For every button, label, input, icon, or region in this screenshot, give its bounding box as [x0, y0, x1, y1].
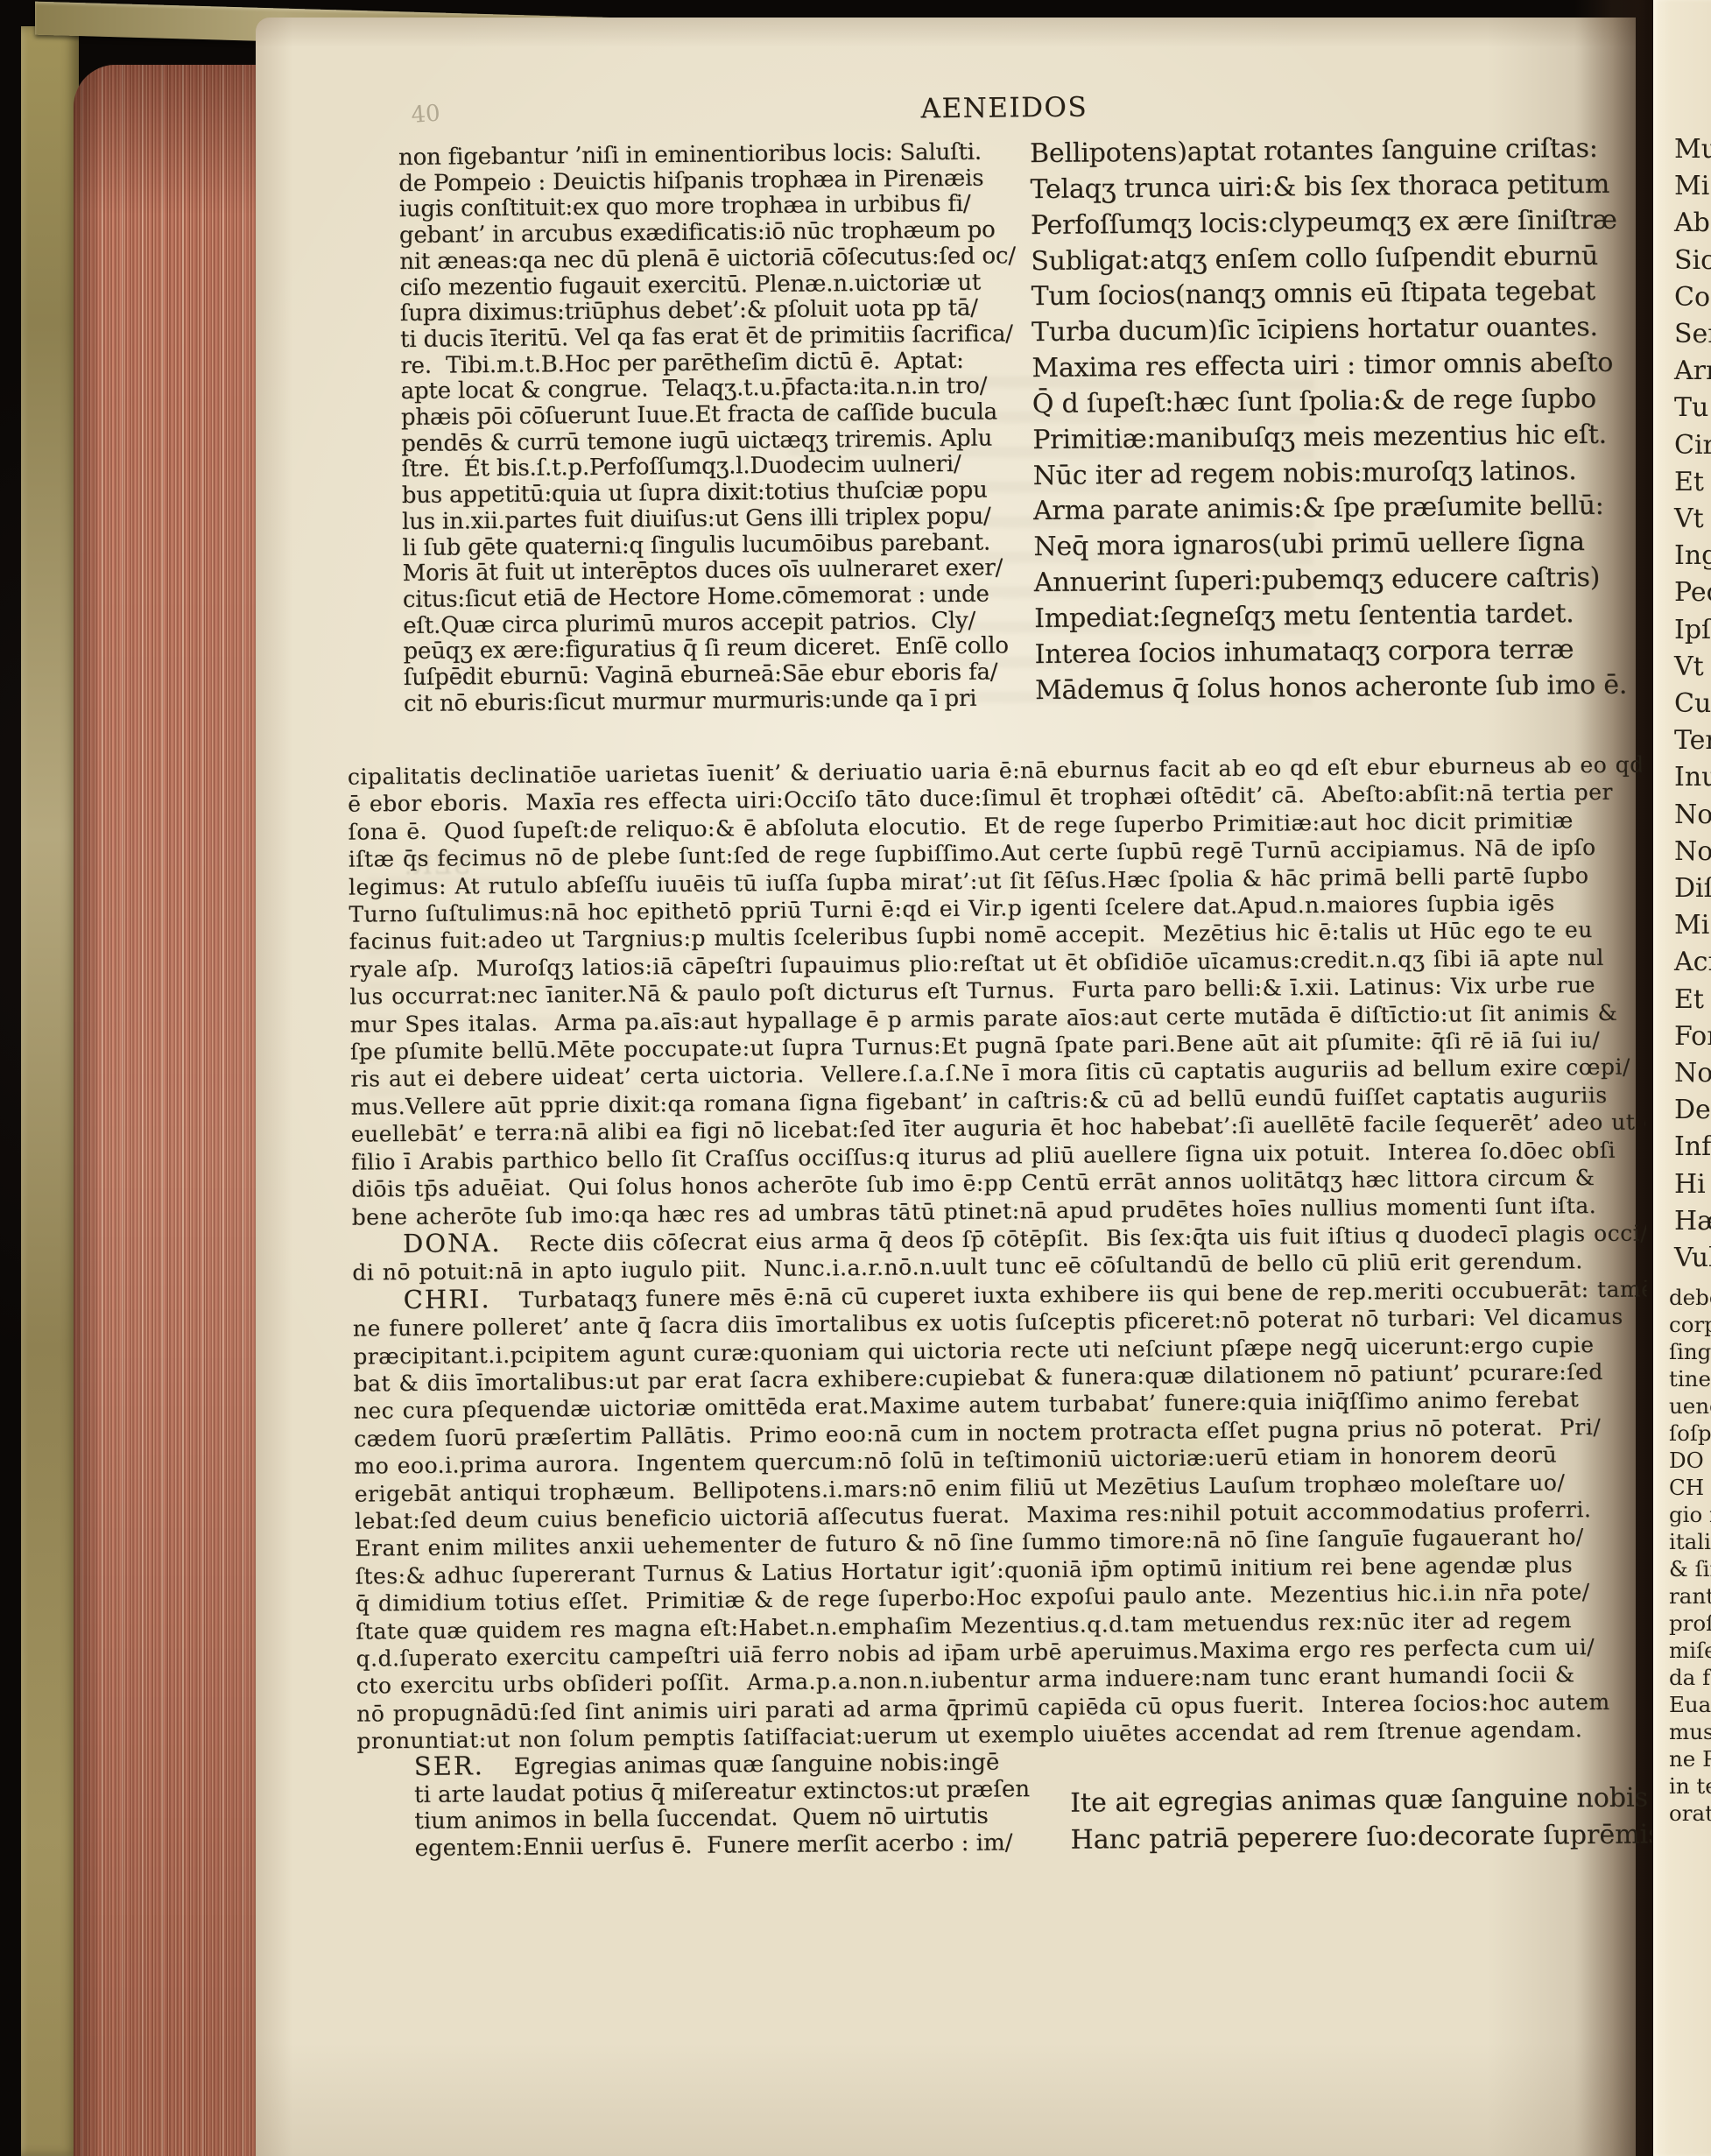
verse-line: Impediat:ſegneſqʒ metu ſententia tardet. — [1034, 596, 1627, 638]
text-fragment: Acr — [1674, 944, 1711, 981]
text-fragment: da fa — [1669, 1664, 1711, 1691]
pencil-folio-number: 40 — [410, 101, 440, 130]
text-fragment: Arr — [1674, 353, 1711, 390]
text-fragment: mus — [1669, 1718, 1711, 1745]
verse-line: Turba ducum)ſic īcipiens hortatur ouante… — [1032, 310, 1624, 351]
line-text: egentem:Ennii uerſus ē. Funere merſit ac… — [414, 1829, 1012, 1862]
text-fragment: No — [1674, 1055, 1711, 1092]
verse-line: Telaqʒ trunca uiri:& bis ſex thoraca pet… — [1030, 166, 1623, 208]
text-fragment: in te — [1669, 1772, 1711, 1800]
text-fragment: ſoſpi — [1669, 1420, 1711, 1447]
verse-column: Bellipotens)aptat rotantes ſanguine criſ… — [1030, 131, 1627, 709]
verse-line: Interea ſocios inhumataqʒ corpora terræ — [1034, 631, 1627, 673]
text-fragment: Mi — [1674, 168, 1711, 205]
verse-line: Perfoſſumqʒ locis:clypeumqʒ ex ære ſiniſ… — [1031, 202, 1623, 243]
next-page-verse-fragments: MuMiAbSicCoSerArrTuCirEt nVtIngPecIpſVtC… — [1674, 131, 1711, 1277]
text-fragment: Et n — [1674, 982, 1711, 1018]
verse-line: Subligat:atqʒ enſem collo ſuſpendit ebur… — [1031, 238, 1623, 279]
text-fragment: Vul — [1674, 1240, 1711, 1277]
verse-line: Tum ſocios(nanqʒ omnis eū ſtipata tegeba… — [1031, 274, 1623, 315]
text-fragment: tinet. — [1669, 1365, 1711, 1392]
commentary-fullwidth: cipalitatis declinatiōe uarietas īuenit’… — [348, 750, 1655, 1755]
commentary-column-bottom-left: SER.Egregias animas quæ ſanguine nobis:i… — [414, 1747, 1031, 1862]
text-fragment: Mi — [1674, 907, 1711, 944]
verse-line: Hanc patriā peperere ſuo:decorate ſuprēm… — [1070, 1816, 1655, 1858]
text-fragment: Cir — [1674, 427, 1711, 464]
verse-column-bottom: Ite ait egregias animas quæ ſanguine nob… — [1070, 1779, 1655, 1858]
verse-line: Bellipotens)aptat rotantes ſanguine criſ… — [1030, 131, 1623, 173]
page-text: AENEIDOS 40 SER. non figebantur ’niſi in… — [255, 6, 1655, 2156]
text-fragment: No — [1674, 834, 1711, 870]
section-marker: DONA. — [403, 1228, 502, 1258]
text-fragment: corpu — [1669, 1311, 1711, 1338]
text-fragment: miſe — [1669, 1637, 1711, 1664]
section-marker: CHRI. — [403, 1284, 490, 1314]
text-fragment: Euan — [1669, 1691, 1711, 1718]
verse-line: Mādemus q̄ ſolus honos acheronte ſub imo… — [1035, 667, 1628, 708]
text-fragment: ueno — [1669, 1392, 1711, 1420]
text-fragment: Info — [1674, 1129, 1711, 1166]
text-fragment: Ter — [1674, 722, 1711, 759]
verse-line: Neq̄ mora ignaros(ubi primū uellere ſign… — [1033, 525, 1626, 566]
text-fragment: No — [1674, 797, 1711, 834]
text-fragment: Vt — [1674, 501, 1711, 538]
text-fragment: Pec — [1674, 574, 1711, 611]
verse-line: Annuerint ſuperi:pubemqʒ educere caſtris… — [1034, 560, 1627, 602]
book-photo: AENEIDOS 40 SER. non figebantur ’niſi in… — [0, 0, 1711, 2156]
next-page-text-fragments: debecorpuſingutinet.uenoſoſpiDOCHgio fui… — [1669, 1284, 1711, 1827]
line-text: Egregias animas quæ ſanguine nobis:ingē — [514, 1750, 1000, 1780]
text-line: egentem:Ennii uerſus ē. Funere merſit ac… — [414, 1829, 1030, 1862]
text-fragment: italia — [1669, 1528, 1711, 1555]
text-fragment: Co — [1674, 279, 1711, 316]
text-fragment: Ser — [1674, 316, 1711, 353]
text-fragment: For — [1674, 1018, 1711, 1055]
text-fragment: & ſin — [1669, 1555, 1711, 1582]
text-fragment: Ab — [1674, 205, 1711, 242]
text-fragment: orat — [1669, 1800, 1711, 1827]
text-fragment: Ipſ — [1674, 612, 1711, 649]
text-fragment: Cuſ — [1674, 686, 1711, 722]
verse-line: Q̄ d ſupeſt:hæc ſunt ſpolia:& de rege ſu… — [1032, 382, 1625, 423]
section-marker: SER. — [414, 1751, 484, 1781]
text-fragment: debe — [1669, 1284, 1711, 1311]
text-fragment: CH — [1669, 1474, 1711, 1501]
text-fragment: Mu — [1674, 131, 1711, 168]
text-fragment: ſingu — [1669, 1338, 1711, 1365]
text-line: cit nō eburis:ſicut murmur murmuris:unde… — [404, 686, 1020, 717]
text-fragment: Tu — [1674, 390, 1711, 426]
text-fragment: Ing — [1674, 538, 1711, 574]
book-cover-side — [21, 26, 79, 2156]
verse-line: Primitiæ:manibuſqʒ meis mezentius hic eſ… — [1032, 417, 1625, 458]
text-fragment: Et n — [1674, 464, 1711, 501]
text-fragment: proſe — [1669, 1610, 1711, 1637]
text-fragment: Hi — [1674, 1166, 1711, 1203]
text-fragment: DO — [1669, 1447, 1711, 1474]
text-fragment: Diſ — [1674, 870, 1711, 907]
fore-edge-pages — [74, 65, 259, 2156]
verse-line: Maxima res effecta uiri : timor omnis ab… — [1032, 346, 1624, 387]
text-fragment: gio fu — [1669, 1501, 1711, 1528]
text-fragment: Vt — [1674, 649, 1711, 686]
text-fragment: Inu — [1674, 759, 1711, 796]
text-fragment: rant p — [1669, 1582, 1711, 1610]
text-fragment: Hæ — [1674, 1203, 1711, 1240]
text-fragment: Sic — [1674, 243, 1711, 279]
text-fragment: Deb — [1674, 1092, 1711, 1129]
text-fragment: ne Pa — [1669, 1745, 1711, 1772]
verse-line: Ite ait egregias animas quæ ſanguine nob… — [1070, 1779, 1655, 1821]
verse-line: Arma parate animis:& ſpe præſumite bellū… — [1033, 489, 1626, 530]
running-header: AENEIDOS — [920, 92, 1088, 125]
verse-line: Nūc iter ad regem nobis:muroſqʒ latinos. — [1032, 453, 1625, 494]
commentary-column-left: non figebantur ’niſi in eminentioribus l… — [398, 139, 1020, 717]
